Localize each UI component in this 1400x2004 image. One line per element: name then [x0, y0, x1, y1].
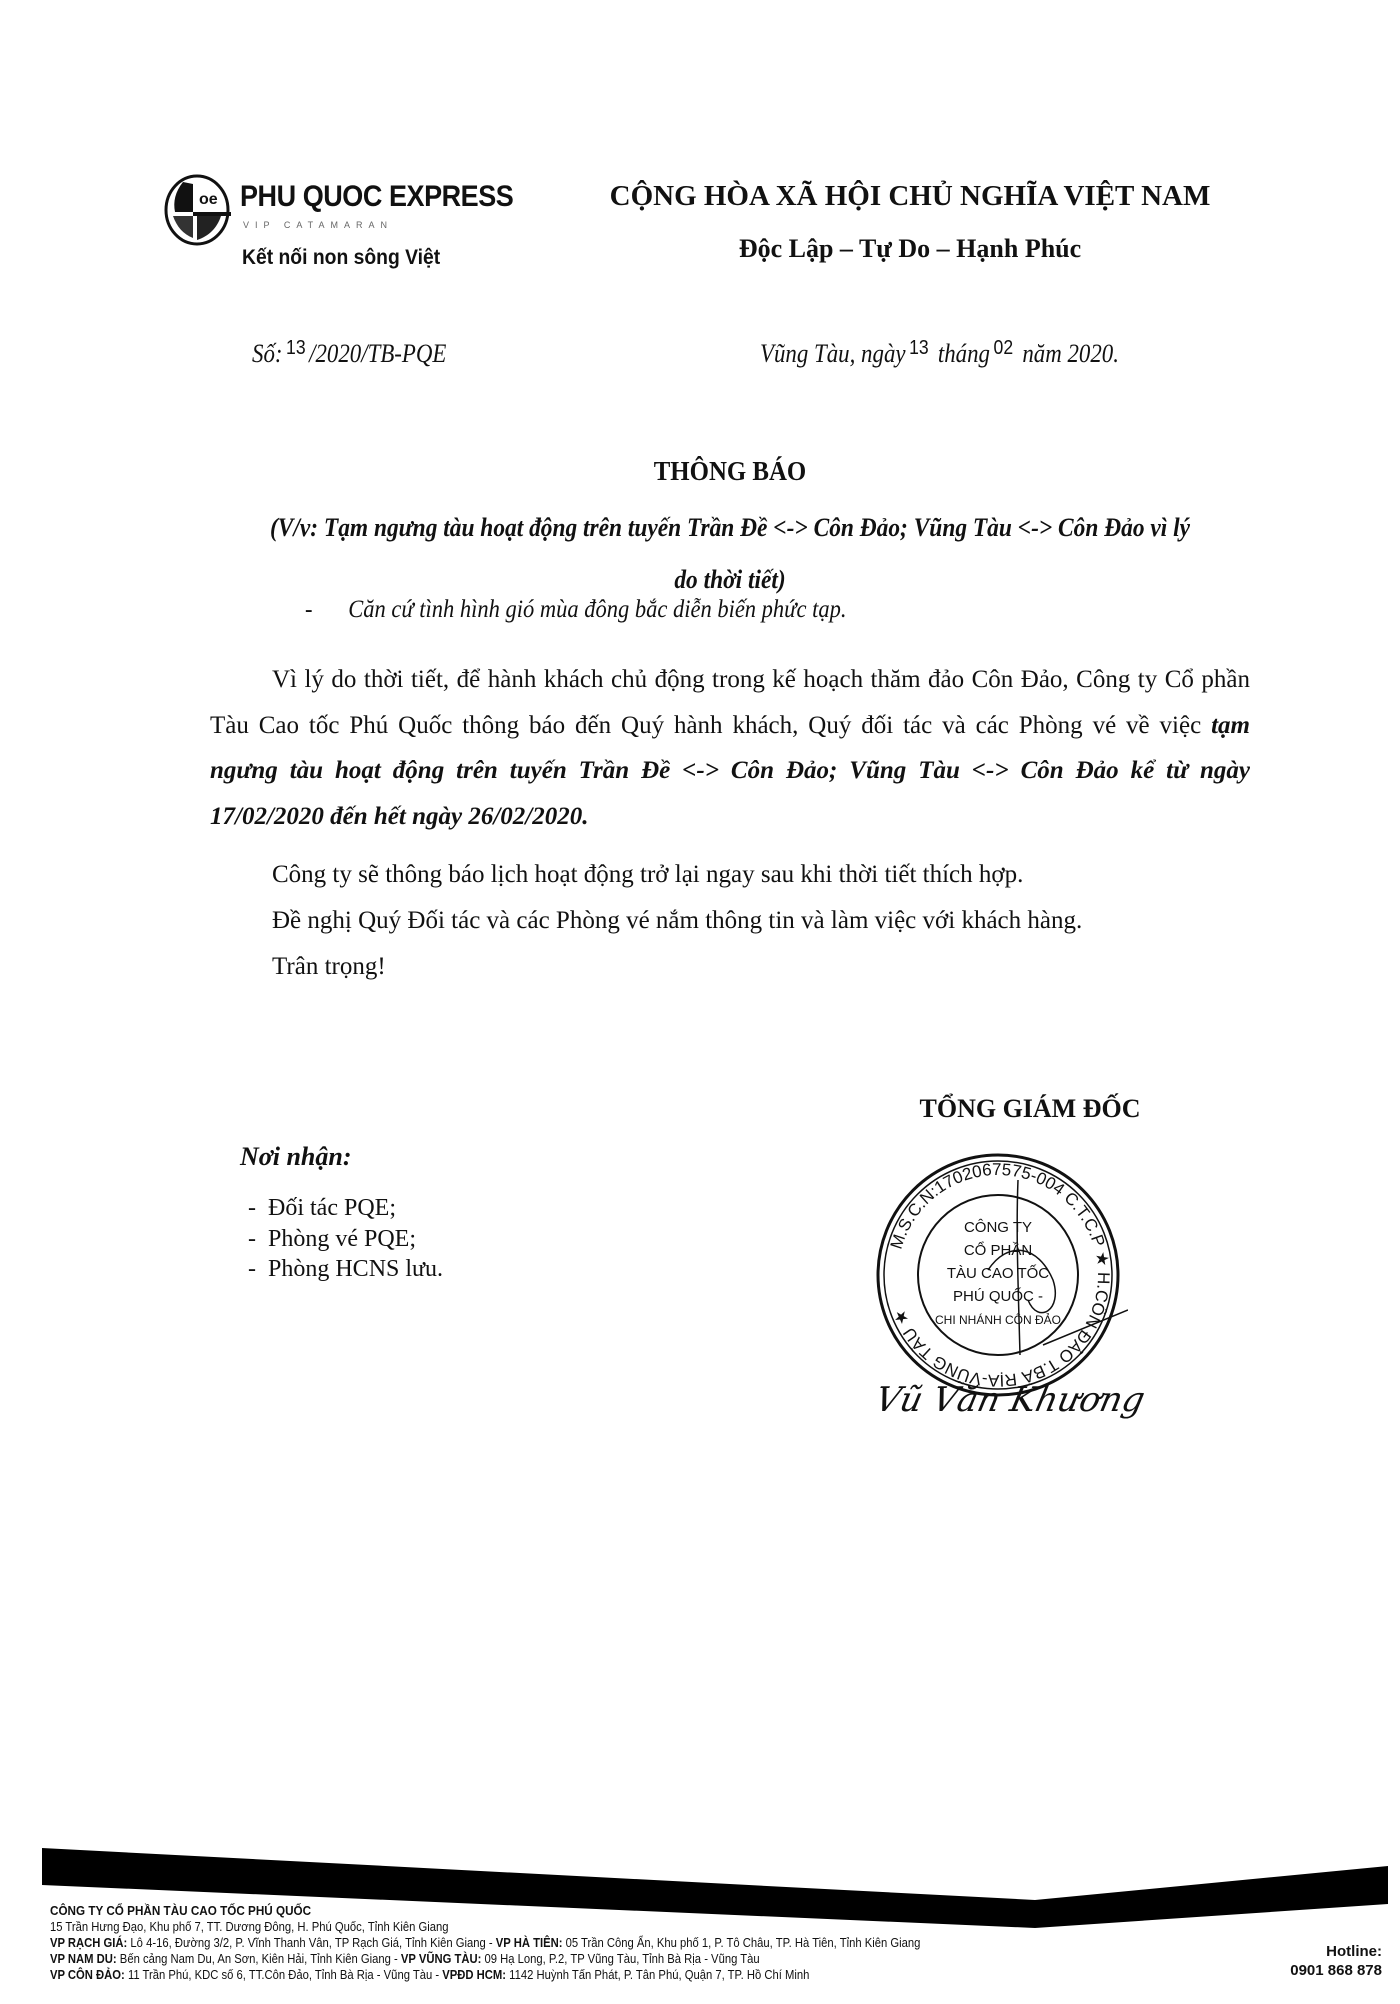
national-motto: Độc Lập – Tự Do – Hạnh Phúc	[560, 234, 1260, 264]
document-number: Số:13/2020/TB-PQE	[252, 337, 446, 369]
notice-subject: (V/v: Tạm ngưng tàu hoạt động trên tuyến…	[262, 502, 1198, 606]
date-line: Vũng Tàu, ngày13 tháng02 năm 2020.	[760, 337, 1119, 369]
footer-address: 15 Trần Hưng Đạo, Khu phố 7, TT. Dương Đ…	[50, 1919, 920, 1935]
hotline-label: Hotline:	[1290, 1942, 1382, 1961]
footer-office-line: VP RẠCH GIÁ: Lô 4-16, Đường 3/2, P. Vĩnh…	[50, 1935, 920, 1951]
national-title: CỘNG HÒA XÃ HỘI CHỦ NGHĨA VIỆT NAM	[560, 180, 1260, 213]
year-label: năm 2020.	[1022, 339, 1119, 368]
company-stamp-icon: M.S.C.N:1702067575-004 C.T.C.P ★ H.CÔN Đ…	[868, 1150, 1128, 1400]
request-line: Đề nghị Quý Đối tác và các Phòng vé nắm …	[272, 907, 1082, 935]
svg-text:CHI NHÁNH CÔN ĐẢO: CHI NHÁNH CÔN ĐẢO	[935, 1312, 1061, 1327]
recipient-item: Phòng HCNS lưu.	[248, 1254, 443, 1285]
notice-title: THÔNG BÁO	[252, 456, 1209, 487]
footer-hotline: Hotline: 0901 868 878	[1290, 1942, 1382, 1980]
recipient-item: Phòng vé PQE;	[248, 1224, 443, 1255]
signatory-title: TỔNG GIÁM ĐỐC	[880, 1094, 1180, 1124]
handwritten-number: 13	[283, 337, 310, 359]
basis-text: Căn cứ tình hình gió mùa đông bắc diễn b…	[348, 596, 846, 623]
resume-line: Công ty sẽ thông báo lịch hoạt động trở …	[272, 861, 1023, 889]
svg-text:CÔNG TY: CÔNG TY	[964, 1219, 1032, 1236]
notice-basis: -Căn cứ tình hình gió mùa đông bắc diễn …	[305, 596, 846, 624]
recipients-title: Nơi nhận:	[240, 1142, 352, 1172]
footer-company-name: CÔNG TY CỔ PHẦN TÀU CAO TỐC PHÚ QUỐC	[50, 1903, 920, 1919]
footer-office-line: VP CÔN ĐẢO: 11 Trần Phú, KDC số 6, TT.Cô…	[50, 1967, 920, 1983]
signer-name: Vũ Văn Khương	[856, 1380, 1165, 1420]
footer-office-line: VP NAM DU: Bến cảng Nam Du, An Sơn, Kiên…	[50, 1951, 920, 1967]
paragraph-intro: Vì lý do thời tiết, để hành khách chủ độ…	[210, 666, 1250, 739]
closing-line: Trân trọng!	[272, 953, 386, 981]
brand-slogan: Kết nối non sông Việt	[242, 246, 440, 270]
pqe-logo-icon: oe	[163, 172, 233, 246]
brand-tagline: VIP CATAMARAN	[243, 220, 393, 230]
handwritten-month: 02	[990, 337, 1017, 359]
brand-name: PHU QUOC EXPRESS	[240, 180, 513, 214]
month-label: tháng	[938, 339, 990, 368]
hotline-number: 0901 868 878	[1290, 1961, 1382, 1980]
recipient-item: Đối tác PQE;	[248, 1193, 443, 1224]
svg-text:TÀU CAO TỐC: TÀU CAO TỐC	[947, 1264, 1049, 1282]
number-prefix: Số:	[252, 339, 283, 368]
notice-paragraph: Vì lý do thời tiết, để hành khách chủ độ…	[210, 657, 1250, 839]
svg-text:oe: oe	[199, 191, 218, 208]
date-place: Vũng Tàu, ngày	[760, 339, 906, 368]
recipients-list: Đối tác PQE; Phòng vé PQE; Phòng HCNS lư…	[248, 1193, 443, 1285]
handwritten-day: 13	[906, 337, 933, 359]
footer-company-info: CÔNG TY CỔ PHẦN TÀU CAO TỐC PHÚ QUỐC 15 …	[50, 1903, 920, 1983]
number-suffix: /2020/TB-PQE	[309, 339, 446, 368]
